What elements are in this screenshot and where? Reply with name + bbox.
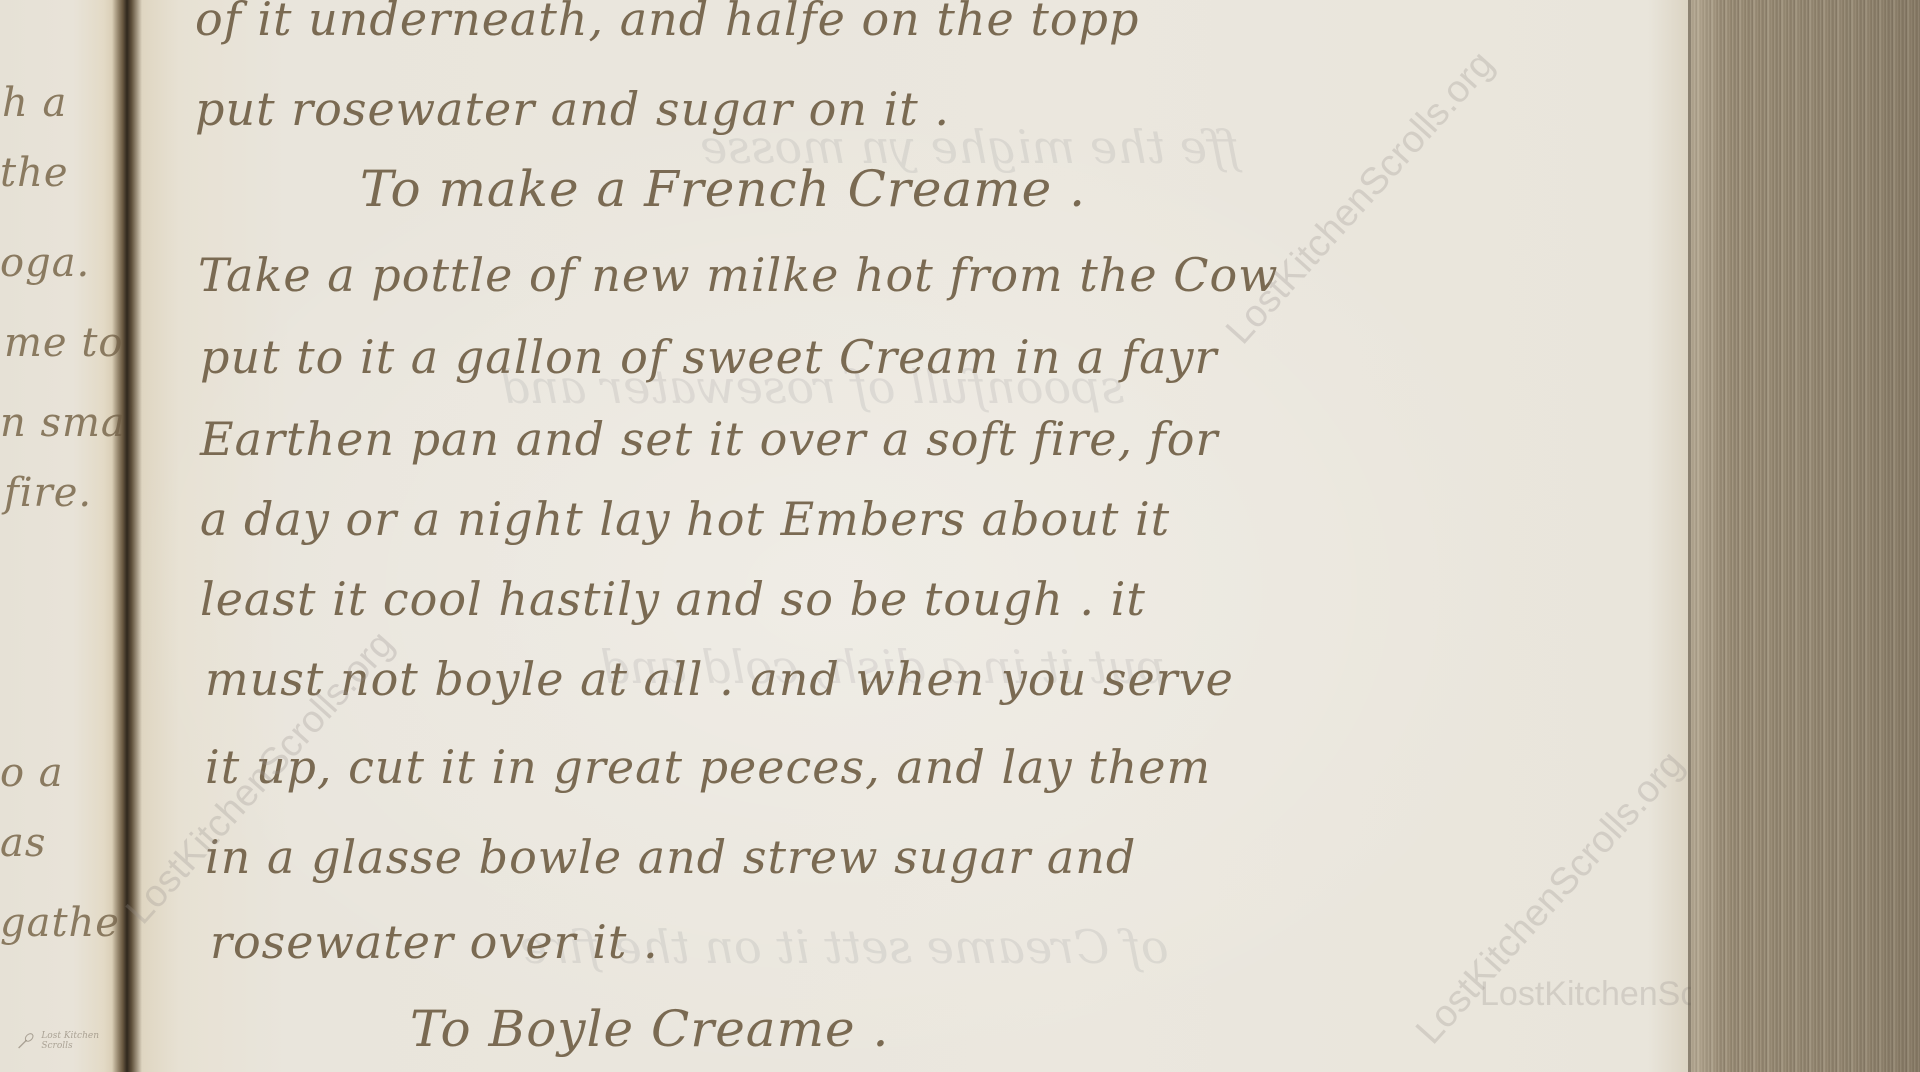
margin-fragment: as <box>0 820 46 866</box>
margin-fragment: fire. <box>4 470 92 516</box>
manuscript-line: of it underneath, and halfe on the topp <box>195 0 1139 46</box>
site-logo: Lost Kitchen Scrolls <box>16 1030 122 1052</box>
manuscript-line: least it cool hastily and so be tough . … <box>200 572 1146 626</box>
manuscript-line: put rosewater and sugar on it . <box>195 82 950 136</box>
manuscript-line: rosewater over it . <box>210 915 659 969</box>
manuscript-line: Take a pottle of new milke hot from the … <box>198 248 1279 302</box>
left-page-strip: h a the oga. me to n small fire. o a as … <box>0 0 122 1072</box>
recipe-heading: To make a French Creame . <box>360 160 1086 218</box>
margin-fragment: h a <box>2 80 67 126</box>
margin-fragment: me to <box>4 320 123 366</box>
manuscript-line: it up, cut it in great peeces, and lay t… <box>205 740 1211 794</box>
margin-fragment: the <box>0 150 69 196</box>
manuscript-line: in a glasse bowle and strew sugar and <box>205 830 1136 884</box>
manuscript-line: a day or a night lay hot Embers about it <box>200 492 1170 546</box>
margin-fragment: oga. <box>0 240 90 286</box>
logo-text: Lost Kitchen Scrolls <box>41 1031 122 1051</box>
whisk-icon <box>16 1030 35 1052</box>
manuscript-scan: h a the oga. me to n small fire. o a as … <box>0 0 1920 1072</box>
manuscript-line: Earthen pan and set it over a soft fire,… <box>200 412 1218 466</box>
recipe-heading: To Boyle Creame . <box>410 1000 889 1058</box>
margin-fragment: o a <box>0 750 64 796</box>
book-fore-edge <box>1691 0 1920 1072</box>
manuscript-line: put to it a gallon of sweet Cream in a f… <box>200 330 1217 384</box>
